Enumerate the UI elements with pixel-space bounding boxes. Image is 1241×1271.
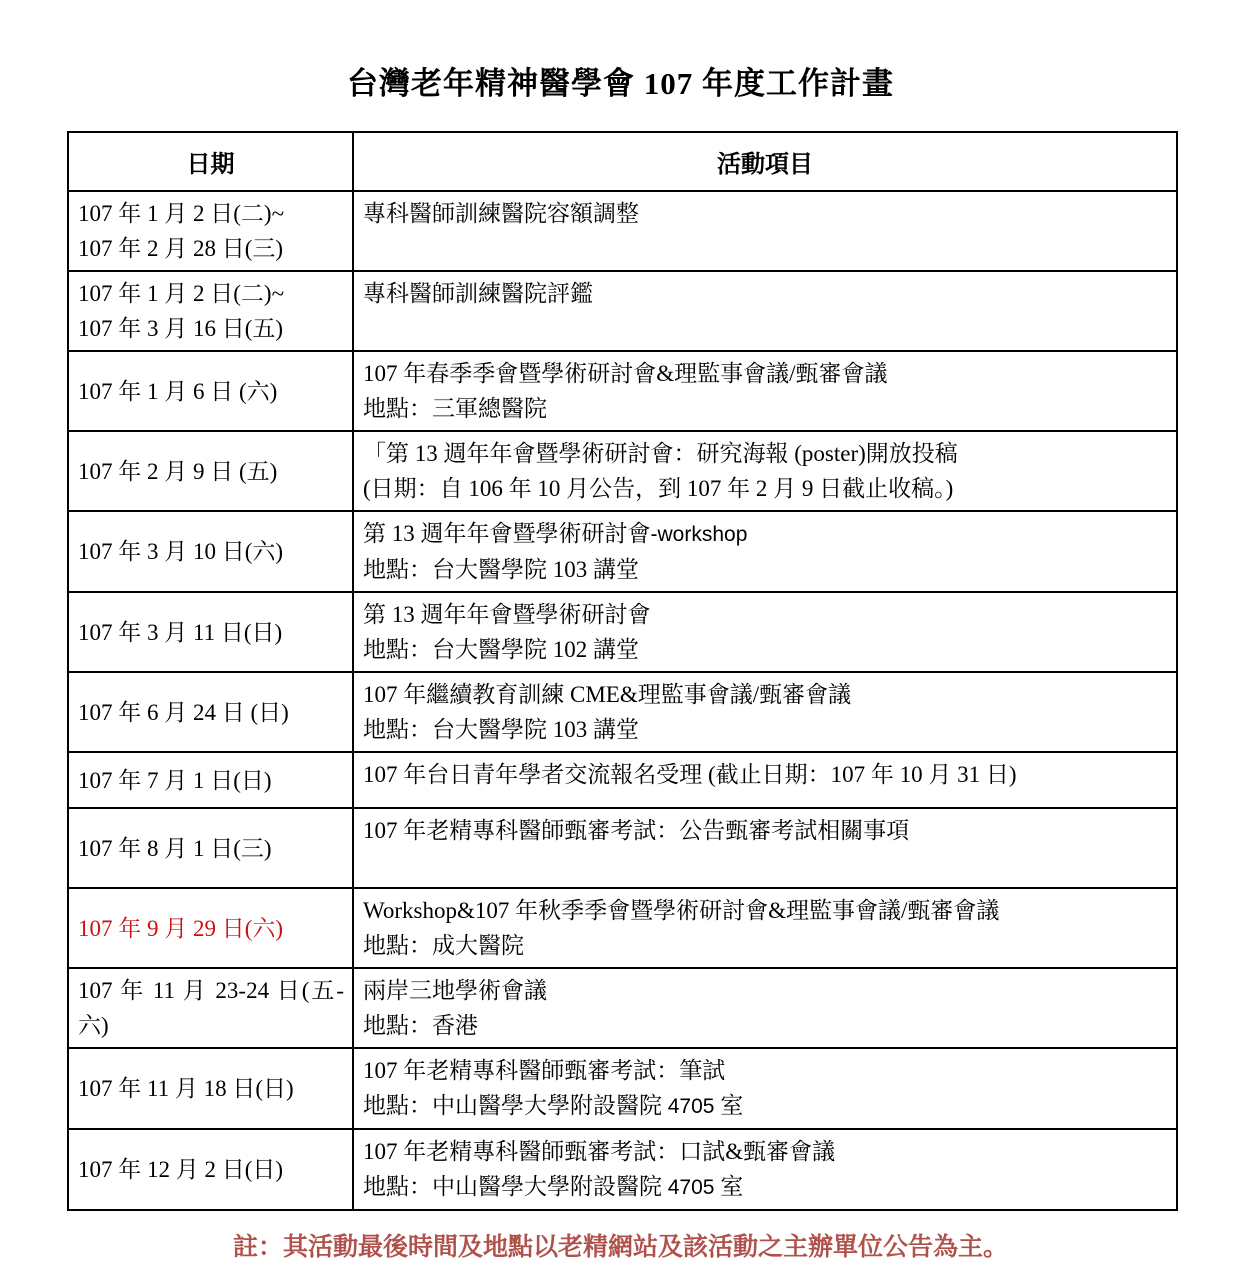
date-line: 107 年 9 月 29 日(六) xyxy=(78,911,344,946)
activity-line: 107 年春季季會暨學術研討會&理監事會議/甄審會議 xyxy=(363,356,1168,391)
date-cell: 107 年 3 月 11 日(日) xyxy=(68,592,353,672)
date-cell: 107 年 7 月 1 日(日) xyxy=(68,752,353,808)
date-cell: 107 年 1 月 2 日(二)~107 年 2 月 28 日(三) xyxy=(68,191,353,271)
activity-text-segment: 地點：台大醫學院 102 講堂 xyxy=(363,637,639,662)
activity-line: 第 13 週年年會暨學術研討會 xyxy=(363,597,1168,632)
activity-line: 「第 13 週年年會暨學術研討會：研究海報 (poster)開放投稿 xyxy=(363,436,1168,471)
table-row: 107 年 3 月 11 日(日) 第 13 週年年會暨學術研討會地點：台大醫學… xyxy=(68,592,1177,672)
activity-text-segment: 107 年老精專科醫師甄審考試：筆試 xyxy=(363,1058,725,1083)
activity-text-segment: 地點：成大醫院 xyxy=(363,933,524,958)
date-line: 六) xyxy=(78,1008,344,1043)
activity-line: 專科醫師訓練醫院容額調整 xyxy=(363,196,1168,231)
table-row: 107 年 1 月 2 日(二)~107 年 3 月 16 日(五) 專科醫師訓… xyxy=(68,271,1177,351)
activity-line: Workshop&107 年秋季季會暨學術研討會&理監事會議/甄審會議 xyxy=(363,893,1168,928)
date-line: 107 年 1 月 2 日(二)~ xyxy=(78,276,344,311)
document-page: 台灣老年精神醫學會 107 年度工作計畫 日期 活動項目 107 年 1 月 2… xyxy=(0,0,1241,1263)
table-row: 107 年 9 月 29 日(六) Workshop&107 年秋季季會暨學術研… xyxy=(68,888,1177,968)
activity-cell: Workshop&107 年秋季季會暨學術研討會&理監事會議/甄審會議地點：成大… xyxy=(353,888,1177,968)
table-row: 107 年 11 月 18 日(日) 107 年老精專科醫師甄審考試：筆試地點：… xyxy=(68,1048,1177,1129)
activity-cell: 專科醫師訓練醫院容額調整 xyxy=(353,191,1177,271)
activity-text-segment: Workshop&107 年秋季季會暨學術研討會&理監事會議/甄審會議 xyxy=(363,898,999,923)
activity-line: 地點：三軍總醫院 xyxy=(363,391,1168,426)
activity-cell: 107 年老精專科醫師甄審考試：口試&甄審會議地點：中山醫學大學附設醫院 470… xyxy=(353,1129,1177,1210)
activity-cell: 「第 13 週年年會暨學術研討會：研究海報 (poster)開放投稿(日期：自 … xyxy=(353,431,1177,511)
activity-cell: 專科醫師訓練醫院評鑑 xyxy=(353,271,1177,351)
activity-text-segment: 107 年老精專科醫師甄審考試：公告甄審考試相關事項 xyxy=(363,818,909,843)
activity-text-segment: 107 年老精專科醫師甄審考試：口試&甄審會議 xyxy=(363,1139,835,1164)
date-line: 107 年 3 月 16 日(五) xyxy=(78,311,344,346)
date-cell: 107 年 11 月 23-24 日(五-六) xyxy=(68,968,353,1048)
activity-cell: 107 年繼續教育訓練 CME&理監事會議/甄審會議地點：台大醫學院 103 講… xyxy=(353,672,1177,752)
activity-cell: 107 年台日青年學者交流報名受理 (截止日期：107 年 10 月 31 日) xyxy=(353,752,1177,808)
activity-cell: 107 年春季季會暨學術研討會&理監事會議/甄審會議地點：三軍總醫院 xyxy=(353,351,1177,431)
table-row: 107 年 3 月 10 日(六) 第 13 週年年會暨學術研討會-worksh… xyxy=(68,511,1177,592)
activity-line: 地點：成大醫院 xyxy=(363,928,1168,963)
table-row: 107 年 6 月 24 日 (日) 107 年繼續教育訓練 CME&理監事會議… xyxy=(68,672,1177,752)
table-row: 107 年 11 月 23-24 日(五-六) 兩岸三地學術會議地點：香港 xyxy=(68,968,1177,1048)
date-line: 107 年 3 月 11 日(日) xyxy=(78,615,344,650)
activity-text-segment: 專科醫師訓練醫院評鑑 xyxy=(363,281,593,306)
date-line: 107 年 2 月 9 日 (五) xyxy=(78,454,344,489)
date-cell: 107 年 11 月 18 日(日) xyxy=(68,1048,353,1129)
activity-line: 地點：香港 xyxy=(363,1008,1168,1043)
date-line: 107 年 11 月 18 日(日) xyxy=(78,1071,344,1106)
table-row: 107 年 1 月 2 日(二)~107 年 2 月 28 日(三) 專科醫師訓… xyxy=(68,191,1177,271)
date-line: 107 年 11 月 23-24 日(五- xyxy=(78,973,344,1008)
table-row: 107 年 12 月 2 日(日) 107 年老精專科醫師甄審考試：口試&甄審會… xyxy=(68,1129,1177,1210)
activity-line: 107 年老精專科醫師甄審考試：筆試 xyxy=(363,1053,1168,1088)
activity-text-segment: 地點：中山醫學大學附設醫院 xyxy=(363,1174,668,1199)
header-row: 日期 活動項目 xyxy=(68,132,1177,191)
date-line: 107 年 12 月 2 日(日) xyxy=(78,1152,344,1187)
date-cell: 107 年 12 月 2 日(日) xyxy=(68,1129,353,1210)
activity-text-segment: 第 13 週年年會暨學術研討會 xyxy=(363,521,651,546)
activity-text-segment: (日期：自 106 年 10 月公告，到 107 年 2 月 9 日截止收稿。) xyxy=(363,476,953,501)
activity-line xyxy=(363,311,1168,346)
date-cell: 107 年 1 月 6 日 (六) xyxy=(68,351,353,431)
activity-line: 地點：中山醫學大學附設醫院 4705 室 xyxy=(363,1169,1168,1205)
activity-cell: 兩岸三地學術會議地點：香港 xyxy=(353,968,1177,1048)
activity-line: 第 13 週年年會暨學術研討會-workshop xyxy=(363,516,1168,552)
activity-text-segment: 地點：三軍總醫院 xyxy=(363,396,547,421)
table-row: 107 年 8 月 1 日(三) 107 年老精專科醫師甄審考試：公告甄審考試相… xyxy=(68,808,1177,888)
date-line: 107 年 3 月 10 日(六) xyxy=(78,534,344,569)
activity-text-segment: 室 xyxy=(714,1174,743,1199)
table-row: 107 年 2 月 9 日 (五) 「第 13 週年年會暨學術研討會：研究海報 … xyxy=(68,431,1177,511)
page-title: 台灣老年精神醫學會 107 年度工作計畫 xyxy=(0,58,1241,103)
activity-line: 地點：台大醫學院 102 講堂 xyxy=(363,632,1168,667)
date-line: 107 年 6 月 24 日 (日) xyxy=(78,695,344,730)
activity-column-header: 活動項目 xyxy=(353,132,1177,191)
date-line: 107 年 8 月 1 日(三) xyxy=(78,831,344,866)
activity-text-segment: 地點：台大醫學院 103 講堂 xyxy=(363,557,639,582)
date-cell: 107 年 1 月 2 日(二)~107 年 3 月 16 日(五) xyxy=(68,271,353,351)
date-line: 107 年 2 月 28 日(三) xyxy=(78,231,344,266)
activity-line xyxy=(363,231,1168,266)
table-body: 107 年 1 月 2 日(二)~107 年 2 月 28 日(三) 專科醫師訓… xyxy=(68,191,1177,1210)
activity-text-sans-segment: -workshop xyxy=(651,523,748,546)
date-cell: 107 年 3 月 10 日(六) xyxy=(68,511,353,592)
activity-text-segment: 107 年台日青年學者交流報名受理 (截止日期：107 年 10 月 31 日) xyxy=(363,762,1017,787)
activity-cell: 107 年老精專科醫師甄審考試：公告甄審考試相關事項 xyxy=(353,808,1177,888)
activity-line: 107 年台日青年學者交流報名受理 (截止日期：107 年 10 月 31 日) xyxy=(363,757,1168,792)
activity-text-sans-segment: 4705 xyxy=(668,1095,715,1118)
activity-text-segment: 地點：香港 xyxy=(363,1013,478,1038)
activity-line: 地點：中山醫學大學附設醫院 4705 室 xyxy=(363,1088,1168,1124)
activity-text-segment: 地點：台大醫學院 103 講堂 xyxy=(363,717,639,742)
activity-text-segment: 兩岸三地學術會議 xyxy=(363,978,547,1003)
activity-line: 地點：台大醫學院 103 講堂 xyxy=(363,552,1168,587)
table-row: 107 年 1 月 6 日 (六) 107 年春季季會暨學術研討會&理監事會議/… xyxy=(68,351,1177,431)
activity-line: 兩岸三地學術會議 xyxy=(363,973,1168,1008)
activity-text-sans-segment: 4705 xyxy=(668,1176,715,1199)
table-row: 107 年 7 月 1 日(日) 107 年台日青年學者交流報名受理 (截止日期… xyxy=(68,752,1177,808)
activity-line: 107 年繼續教育訓練 CME&理監事會議/甄審會議 xyxy=(363,677,1168,712)
activity-cell: 第 13 週年年會暨學術研討會-workshop地點：台大醫學院 103 講堂 xyxy=(353,511,1177,592)
activity-cell: 第 13 週年年會暨學術研討會地點：台大醫學院 102 講堂 xyxy=(353,592,1177,672)
date-line: 107 年 1 月 6 日 (六) xyxy=(78,374,344,409)
activity-line: (日期：自 106 年 10 月公告，到 107 年 2 月 9 日截止收稿。) xyxy=(363,471,1168,506)
work-plan-table: 日期 活動項目 107 年 1 月 2 日(二)~107 年 2 月 28 日(… xyxy=(67,131,1178,1211)
activity-text-segment: 107 年繼續教育訓練 CME&理監事會議/甄審會議 xyxy=(363,682,851,707)
activity-line: 107 年老精專科醫師甄審考試：口試&甄審會議 xyxy=(363,1134,1168,1169)
date-cell: 107 年 6 月 24 日 (日) xyxy=(68,672,353,752)
activity-line: 地點：台大醫學院 103 講堂 xyxy=(363,712,1168,747)
activity-line: 107 年老精專科醫師甄審考試：公告甄審考試相關事項 xyxy=(363,813,1168,848)
date-cell: 107 年 9 月 29 日(六) xyxy=(68,888,353,968)
activity-line xyxy=(363,848,1168,883)
activity-cell: 107 年老精專科醫師甄審考試：筆試地點：中山醫學大學附設醫院 4705 室 xyxy=(353,1048,1177,1129)
activity-text-segment: 107 年春季季會暨學術研討會&理監事會議/甄審會議 xyxy=(363,361,888,386)
footer-note: 註：其活動最後時間及地點以老精網站及該活動之主辦單位公告為主。 xyxy=(0,1227,1241,1263)
activity-text-segment: 地點：中山醫學大學附設醫院 xyxy=(363,1093,668,1118)
activity-text-segment: 專科醫師訓練醫院容額調整 xyxy=(363,201,639,226)
date-line: 107 年 1 月 2 日(二)~ xyxy=(78,196,344,231)
date-column-header: 日期 xyxy=(68,132,353,191)
date-line: 107 年 7 月 1 日(日) xyxy=(78,763,344,798)
activity-line: 專科醫師訓練醫院評鑑 xyxy=(363,276,1168,311)
activity-text-segment: 第 13 週年年會暨學術研討會 xyxy=(363,602,651,627)
date-cell: 107 年 8 月 1 日(三) xyxy=(68,808,353,888)
activity-text-segment: 室 xyxy=(714,1093,743,1118)
date-cell: 107 年 2 月 9 日 (五) xyxy=(68,431,353,511)
activity-text-segment: 「第 13 週年年會暨學術研討會：研究海報 (poster)開放投稿 xyxy=(363,441,958,466)
